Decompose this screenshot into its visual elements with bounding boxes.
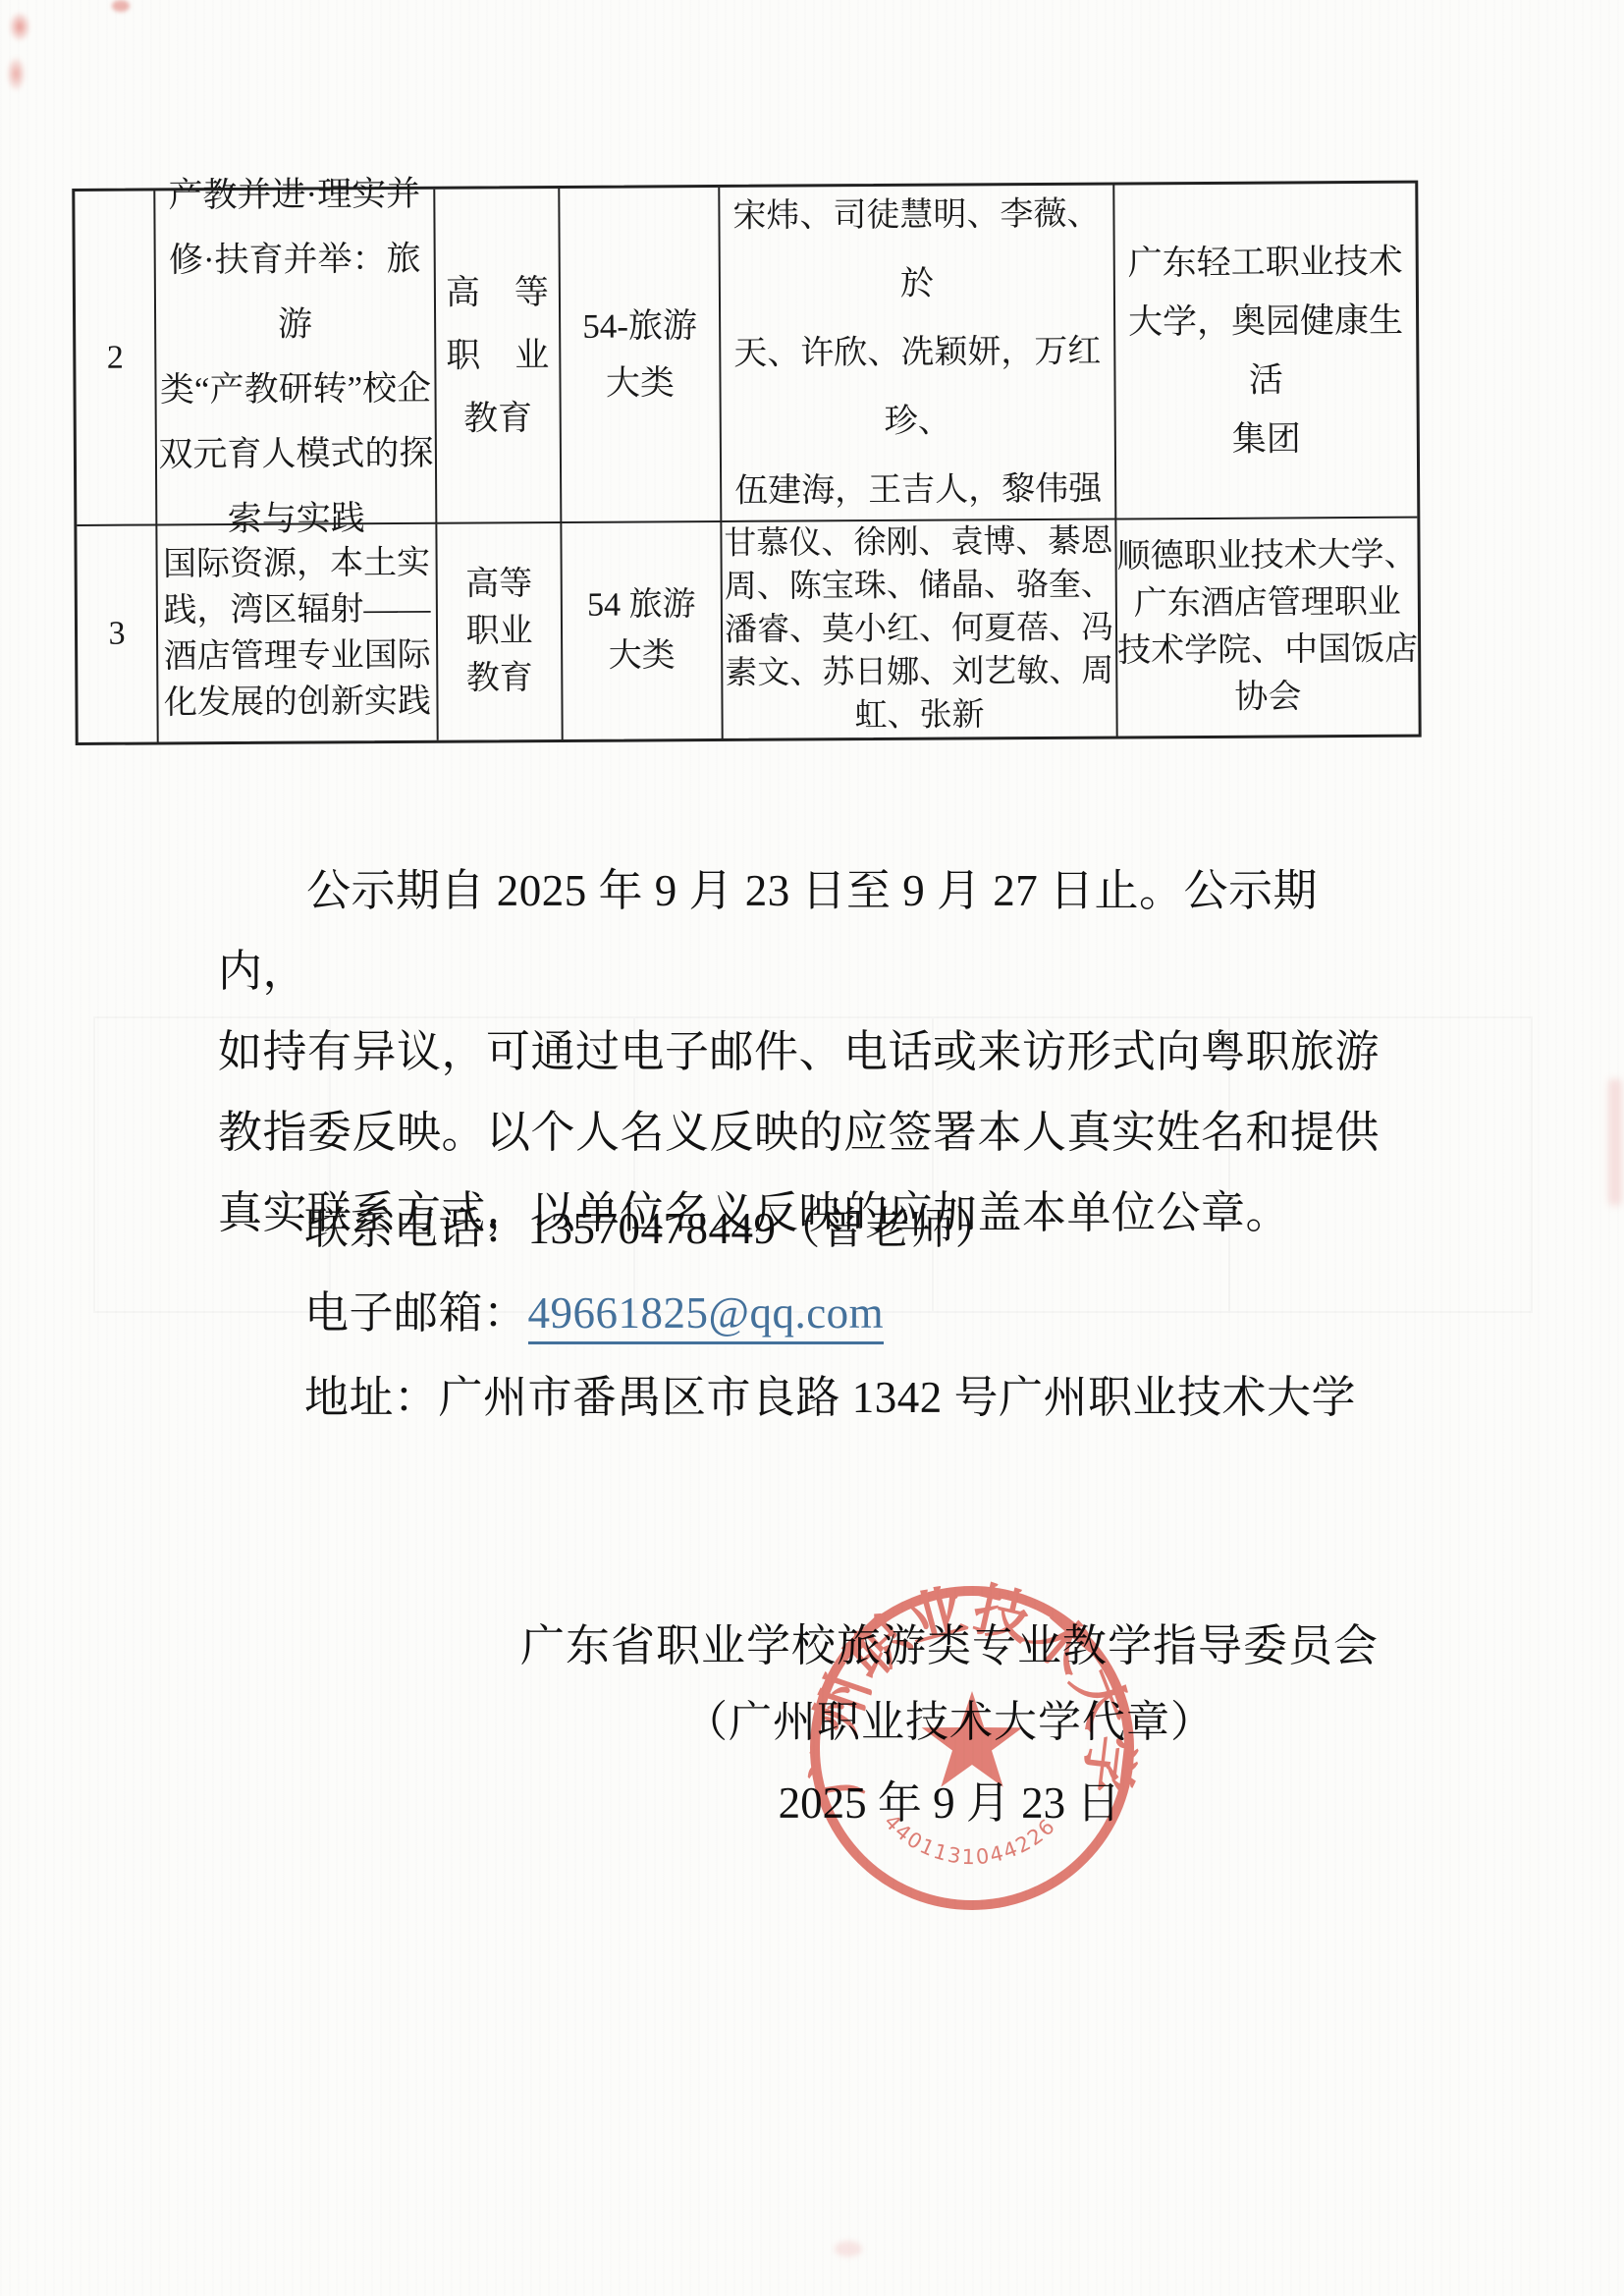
official-seal: 广州职业技术大学 4401131044226 [801,1577,1143,1919]
row2-orgs-cell: 广东轻工职业技术 大学，奥园健康生活 集团 [1114,184,1417,520]
row3-edu-level-cell: 高等 职业 教育 [437,523,563,740]
seal-arc-text: 广州职业技术大学 [801,1577,1143,1803]
seal-serial-number: 4401131044226 [880,1810,1060,1869]
email-link[interactable]: 49661825@qq.com [528,1288,885,1344]
row3-category-cell: 54 旅游 大类 [562,522,723,739]
pink-dot-bottom [835,2241,862,2257]
seal-star-icon [922,1691,1023,1787]
row3-orgs-cell: 顺德职业技术大学、 广东酒店管理职业 技术学院、中国饭店 协会 [1116,519,1418,737]
row2-title-cell: 产教并进·理实并 修·扶育并举：旅游 类“产教研转”校企 双元育人模式的探 索与… [155,190,437,526]
contact-email-line: 电子邮箱：49661825@qq.com [304,1277,884,1340]
row2-members-cell: 宋炜、司徒慧明、李薇、於 天、许欣、冼颖妍，万红珍、 伍建海，王吉人，黎伟强 [720,186,1116,522]
red-smudge-top-left [2,8,37,102]
svg-text:4401131044226: 4401131044226 [880,1810,1060,1869]
red-dot-top [112,0,130,12]
row2-category-cell: 54-旅游 大类 [560,188,722,523]
email-label: 电子邮箱： [304,1288,528,1338]
contact-address-line: 地址：广州市番禺区市良路 1342 号广州职业技术大学 [304,1361,1356,1425]
row2-edu-level-cell: 高 等 职 业 教育 [435,189,562,524]
row3-seq-cell: 3 [77,525,158,741]
row2-seq-cell: 2 [75,191,157,525]
document-page: 2 产教并进·理实并 修·扶育并举：旅游 类“产教研转”校企 双元育人模式的探 … [0,0,1624,2296]
row3-title-cell: 国际资源，本土实 践，湾区辐射—— 酒店管理专业国际 化发展的创新实践 [157,524,438,742]
row3-members-cell: 甘慕仪、徐刚、袁博、綦恩 周、陈宝珠、储晶、骆奎、 潘睿、莫小红、何夏蓓、冯 素… [722,520,1117,738]
awards-table: 2 产教并进·理实并 修·扶育并举：旅游 类“产教研转”校企 双元育人模式的探 … [72,181,1421,745]
svg-text:广州职业技术大学: 广州职业技术大学 [801,1577,1143,1803]
contact-phone-line: 联系电话：13570478449（曾老师） [304,1192,1000,1256]
pink-streak-right [1608,1078,1622,1206]
